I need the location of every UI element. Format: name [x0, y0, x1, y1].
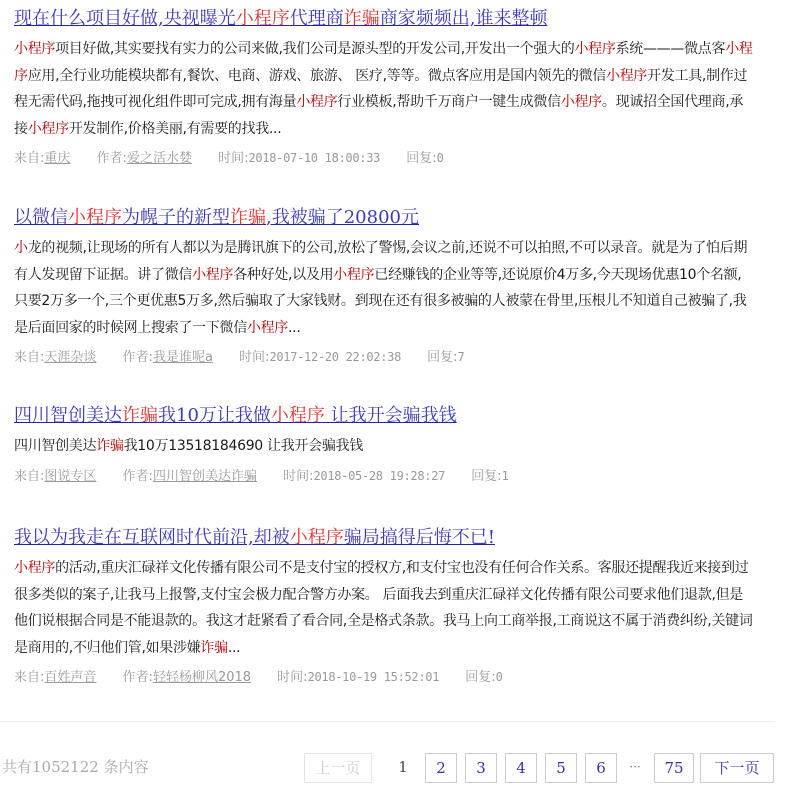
- text-segment: 让我开会骗我钱: [325, 405, 457, 426]
- time-label: 时间:: [283, 469, 313, 484]
- keyword-highlight: 小程序: [606, 68, 647, 84]
- page-current: 1: [388, 753, 418, 781]
- author-link[interactable]: 爱之活水婪: [127, 151, 192, 166]
- reply-label: 回复:: [471, 469, 501, 484]
- text-segment: ...: [288, 320, 300, 336]
- keyword-highlight: 小程序: [561, 94, 602, 110]
- result-title-link[interactable]: 四川智创美达诈骗我10万让我做小程序 让我开会骗我钱: [14, 403, 457, 429]
- keyword-highlight: 小程序: [247, 320, 288, 336]
- page-button-last[interactable]: 75: [654, 753, 694, 783]
- reply-count: 0: [437, 151, 444, 165]
- source-link[interactable]: 天涯杂谈: [44, 350, 96, 365]
- text-segment: 为幌子的新型: [122, 207, 230, 228]
- result-item: 我以为我走在互联网时代前沿,却被小程序骗局搞得后悔不已! 小程序的活动,重庆汇碌…: [14, 525, 774, 688]
- reply-count: 1: [502, 469, 509, 483]
- time-label: 时间:: [239, 350, 269, 365]
- result-title-link[interactable]: 以微信小程序为幌子的新型诈骗,我被骗了20800元: [14, 205, 419, 231]
- keyword-highlight: 诈骗: [230, 207, 266, 228]
- text-segment: 项目好做,其实要找有实力的公司来做,我们公司是源头型的开发公司,开发出一个强大的: [55, 41, 574, 57]
- time-label: 时间:: [277, 670, 307, 685]
- post-time: 2018-10-19 15:52:01: [308, 670, 440, 684]
- result-snippet: 四川智创美达诈骗我10万13518184690 让我开会骗我钱: [14, 433, 754, 460]
- keyword-highlight: 诈骗: [96, 438, 123, 454]
- from-label: 来自:: [14, 469, 44, 484]
- page-button-3[interactable]: 3: [465, 753, 497, 783]
- text-segment: 系统———微点客: [616, 41, 726, 57]
- keyword-highlight: 小程序: [68, 207, 122, 228]
- text-segment: 各种好处,以及用: [233, 267, 333, 283]
- text-segment: 骗局搞得后悔不已!: [344, 527, 495, 548]
- keyword-highlight: 诈骗: [344, 8, 380, 29]
- keyword-highlight: 小程序: [28, 121, 69, 137]
- from-label: 来自:: [14, 151, 44, 166]
- reply-count: 7: [458, 350, 465, 364]
- author-link[interactable]: 四川智创美达诈骗: [153, 469, 257, 484]
- reply-label: 回复:: [427, 350, 457, 365]
- divider: [0, 721, 775, 722]
- source-link[interactable]: 百姓声音: [44, 670, 96, 685]
- result-title-link[interactable]: 现在什么项目好做,央视曝光小程序代理商诈骗商家频频出,谁来整顿: [14, 6, 547, 32]
- text-segment: 我10万让我做: [158, 405, 271, 426]
- author-label: 作者:: [97, 151, 127, 166]
- text-segment: 代理商: [290, 8, 344, 29]
- keyword-highlight: 小程序: [236, 8, 290, 29]
- result-meta: 来自:图说专区 作者:四川智创美达诈骗 时间:2018-05-28 19:28:…: [14, 466, 774, 487]
- text-segment: 四川智创美达: [14, 405, 122, 426]
- author-label: 作者:: [123, 469, 153, 484]
- text-segment: 开发制作,价格美丽,有需要的找我...: [69, 121, 282, 137]
- author-link[interactable]: 我是谁呢a: [153, 350, 213, 365]
- result-meta: 来自:天涯杂谈 作者:我是谁呢a 时间:2017-12-20 22:02:38 …: [14, 347, 774, 368]
- keyword-highlight: 小程序: [290, 527, 344, 548]
- author-link[interactable]: 轻轻杨柳风2018: [153, 670, 251, 685]
- page-button-6[interactable]: 6: [585, 753, 617, 783]
- keyword-highlight: 小程序: [192, 267, 233, 283]
- result-title-link[interactable]: 我以为我走在互联网时代前沿,却被小程序骗局搞得后悔不已!: [14, 525, 495, 551]
- result-meta: 来自:百姓声音 作者:轻轻杨柳风2018 时间:2018-10-19 15:52…: [14, 667, 774, 688]
- text-segment: 现在什么项目好做,央视曝光: [14, 8, 236, 29]
- prev-page-button[interactable]: 上一页: [304, 753, 372, 783]
- text-segment: 四川智创美达: [14, 438, 96, 454]
- keyword-highlight: 小程序: [296, 94, 337, 110]
- author-label: 作者:: [123, 670, 153, 685]
- post-time: 2017-12-20 22:02:38: [269, 350, 401, 364]
- text-segment: 应用,全行业功能模块都有,餐饮、电商、游戏、旅游、 医疗,等等。微点客应用是国内…: [28, 68, 606, 84]
- source-link[interactable]: 图说专区: [44, 469, 96, 484]
- next-page-button[interactable]: 下一页: [700, 753, 774, 783]
- result-item: 现在什么项目好做,央视曝光小程序代理商诈骗商家频频出,谁来整顿 小程序项目好做,…: [14, 6, 774, 169]
- text-segment: 的活动,重庆汇碌祥文化传播有限公司不是支付宝的授权方,和支付宝也没有任何合作关系…: [14, 560, 753, 656]
- source-link[interactable]: 重庆: [44, 151, 70, 166]
- post-time: 2018-05-28 19:28:27: [313, 469, 445, 483]
- time-label: 时间:: [218, 151, 248, 166]
- result-snippet: 小龙的视频,让现场的所有人都以为是腾讯旗下的公司,放松了警惕,会议之前,还说不可…: [14, 235, 754, 341]
- text-segment: 行业模板,帮助千万商户一键生成微信: [337, 94, 560, 110]
- author-label: 作者:: [123, 350, 153, 365]
- result-item: 以微信小程序为幌子的新型诈骗,我被骗了20800元 小龙的视频,让现场的所有人都…: [14, 205, 774, 368]
- result-meta: 来自:重庆 作者:爱之活水婪 时间:2018-07-10 18:00:33 回复…: [14, 148, 774, 169]
- result-item: 四川智创美达诈骗我10万让我做小程序 让我开会骗我钱 四川智创美达诈骗我10万1…: [14, 403, 774, 487]
- text-segment: 我10万13518184690 让我开会骗我钱: [124, 438, 363, 454]
- keyword-highlight: 小程序: [14, 41, 55, 57]
- total-count: 共有1052122 条内容: [2, 756, 149, 777]
- keyword-highlight: 小程序: [271, 405, 325, 426]
- reply-count: 0: [496, 670, 503, 684]
- result-snippet: 小程序项目好做,其实要找有实力的公司来做,我们公司是源头型的开发公司,开发出一个…: [14, 36, 754, 142]
- keyword-highlight: 诈骗: [122, 405, 158, 426]
- keyword-highlight: 小: [14, 240, 28, 256]
- result-snippet: 小程序的活动,重庆汇碌祥文化传播有限公司不是支付宝的授权方,和支付宝也没有任何合…: [14, 555, 754, 661]
- post-time: 2018-07-10 18:00:33: [248, 151, 380, 165]
- keyword-highlight: 诈骗: [200, 640, 227, 656]
- page-button-4[interactable]: 4: [505, 753, 537, 783]
- text-segment: 商家频频出,谁来整顿: [380, 8, 548, 29]
- text-segment: ...: [228, 640, 240, 656]
- keyword-highlight: 小程序: [14, 560, 55, 576]
- page-button-2[interactable]: 2: [425, 753, 457, 783]
- from-label: 来自:: [14, 350, 44, 365]
- keyword-highlight: 小程序: [333, 267, 374, 283]
- text-segment: 以微信: [14, 207, 68, 228]
- reply-label: 回复:: [465, 670, 495, 685]
- reply-label: 回复:: [406, 151, 436, 166]
- text-segment: ,我被骗了20800元: [266, 207, 419, 228]
- ellipsis: ···: [620, 753, 650, 781]
- page-button-5[interactable]: 5: [545, 753, 577, 783]
- text-segment: 我以为我走在互联网时代前沿,却被: [14, 527, 290, 548]
- from-label: 来自:: [14, 670, 44, 685]
- keyword-highlight: 小程序: [574, 41, 615, 57]
